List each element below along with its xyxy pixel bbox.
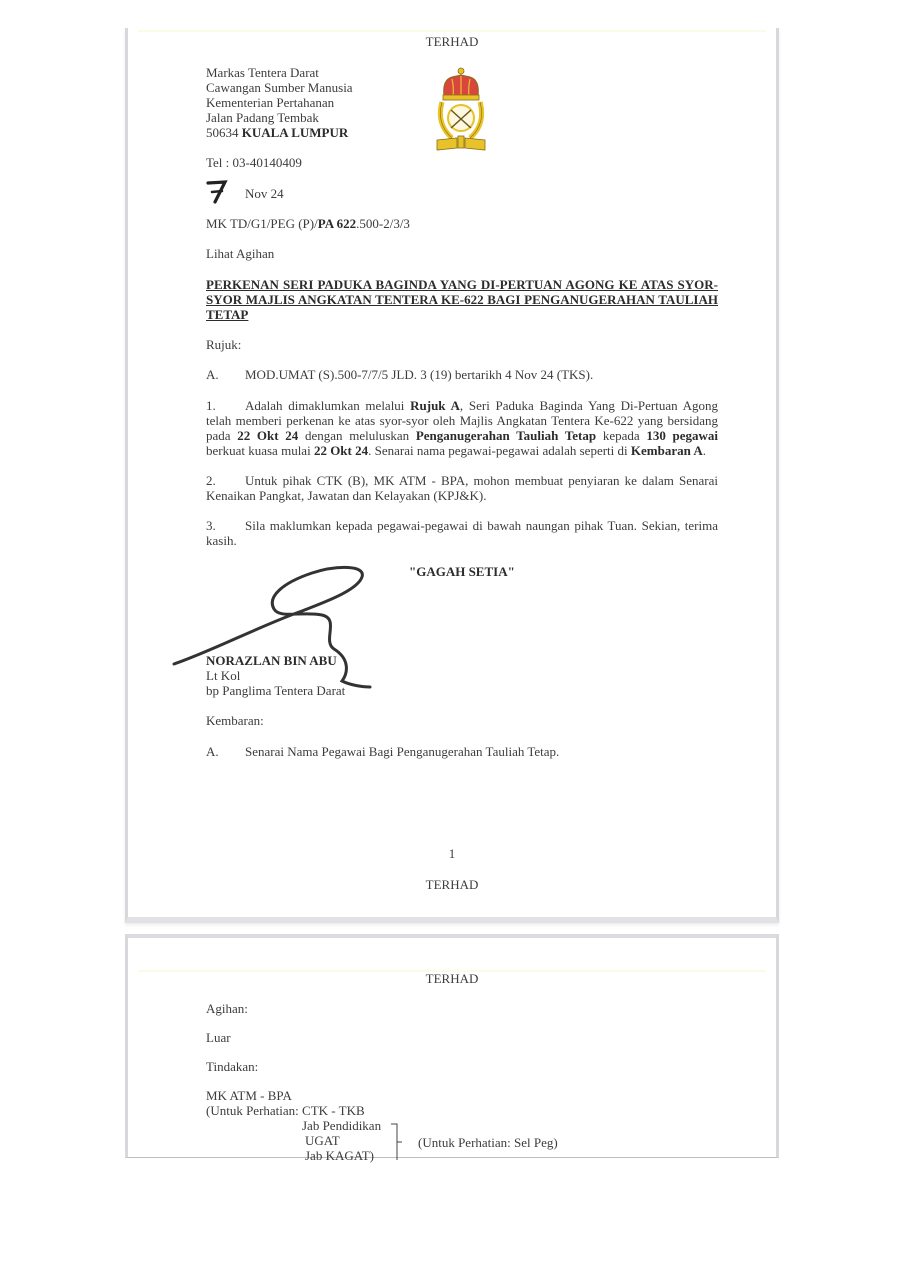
attachment-item: A.Senarai Nama Pegawai Bagi Penganugerah… [206, 744, 559, 759]
attention-sub-item: Jab KAGAT) [305, 1148, 374, 1163]
page-top-highlight [138, 30, 766, 32]
motto: "GAGAH SETIA" [409, 564, 515, 579]
paragraph-number: 3. [206, 518, 245, 533]
classification-header: TERHAD [128, 971, 776, 986]
external-heading: Luar [206, 1030, 231, 1045]
distribution-heading: Agihan: [206, 1001, 248, 1016]
attention-group-note: (Untuk Perhatian: Sel Peg) [418, 1135, 558, 1150]
action-recipient: MK ATM - BPA [206, 1088, 292, 1103]
city: KUALA LUMPUR [242, 125, 349, 140]
classification-header: TERHAD [128, 34, 776, 49]
address-line: Markas Tentera Darat [206, 65, 319, 80]
address-line: Cawangan Sumber Manusia [206, 80, 353, 95]
page-number: 1 [128, 846, 776, 861]
document-page-1: TERHAD Markas Tentera Darat Cawangan Sum… [125, 28, 779, 923]
postcode: 50634 [206, 125, 239, 140]
address-city-line: 50634 KUALA LUMPUR [206, 125, 348, 140]
action-heading: Tindakan: [206, 1059, 258, 1074]
recipient-line: Lihat Agihan [206, 246, 274, 261]
attention-sub-item: Jab Pendidikan [302, 1118, 381, 1133]
paragraph-number: 2. [206, 473, 245, 488]
date-month-year: Nov 24 [245, 186, 284, 201]
subject-title: PERKENAN SERI PADUKA BAGINDA YANG DI-PER… [206, 277, 718, 322]
attention-line: (Untuk Perhatian: CTK - TKB [206, 1103, 365, 1118]
attachment-heading: Kembaran: [206, 713, 264, 728]
reference-item: A.MOD.UMAT (S).500-7/7/5 JLD. 3 (19) ber… [206, 367, 593, 382]
document-page-2: TERHAD Agihan: Luar Tindakan: MK ATM - B… [125, 934, 779, 1158]
signature [172, 563, 382, 693]
signatory-role: bp Panglima Tentera Darat [206, 683, 345, 698]
paragraph-1: 1.Adalah dimaklumkan melalui Rujuk A, Se… [206, 398, 718, 458]
grouping-brace [389, 1122, 403, 1162]
telephone: Tel : 03-40140409 [206, 155, 302, 170]
paragraph-2: 2.Untuk pihak CTK (B), MK ATM - BPA, moh… [206, 473, 718, 503]
attention-sub-item: UGAT [305, 1133, 340, 1148]
address-line: Kementerian Pertahanan [206, 95, 334, 110]
signatory-name: NORAZLAN BIN ABU [206, 653, 337, 668]
address-line: Jalan Padang Tembak [206, 110, 319, 125]
paragraph-3: 3.Sila maklumkan kepada pegawai-pegawai … [206, 518, 718, 548]
reference-number: MK TD/G1/PEG (P)/PA 622.500-2/3/3 [206, 216, 410, 231]
classification-footer: TERHAD [128, 877, 776, 892]
reference-heading: Rujuk: [206, 337, 241, 352]
paragraph-number: 1. [206, 398, 245, 413]
signatory-rank: Lt Kol [206, 668, 240, 683]
handwritten-day-7 [205, 178, 229, 204]
army-crest-logo-icon [432, 66, 490, 154]
